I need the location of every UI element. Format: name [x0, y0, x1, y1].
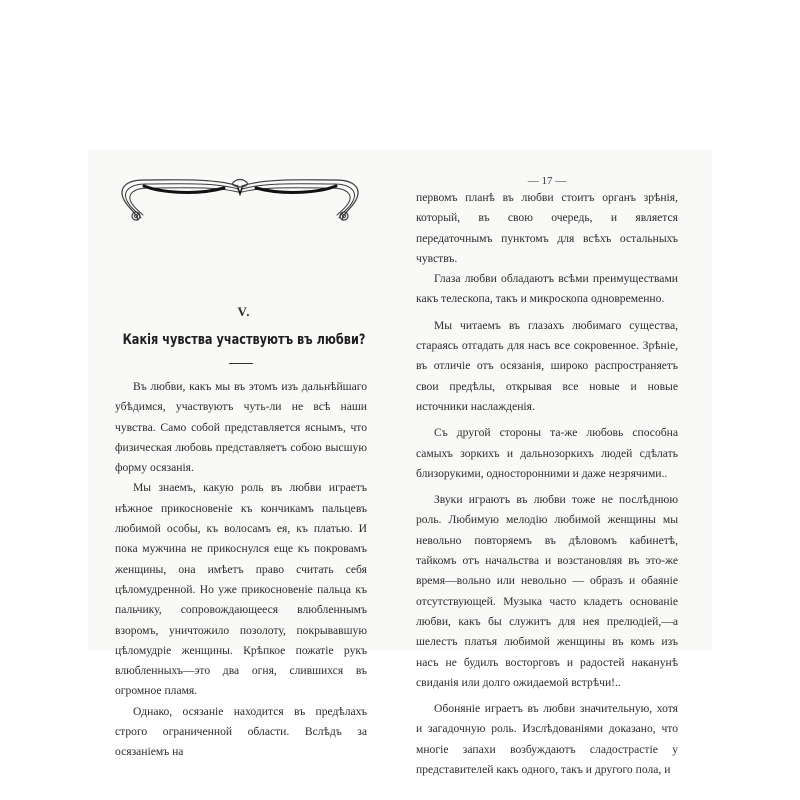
page-number: — 17 — — [416, 175, 678, 187]
paragraph: Въ любви, какъ мы въ этомъ изъ дальнѣйша… — [115, 377, 367, 478]
chapter-number: V. — [88, 304, 400, 320]
chapter-title: Какія чувства участвуютъ въ любви? — [122, 332, 365, 348]
paragraph: Съ другой стороны та-же любовь способна … — [416, 423, 678, 484]
ornamental-scroll-icon — [114, 174, 366, 224]
book-spread: V. Какія чувства участвуютъ въ любви? Въ… — [88, 150, 712, 650]
title-divider — [229, 363, 253, 364]
paragraph: Звуки играютъ въ любви тоже не послѣднюю… — [416, 490, 678, 693]
paragraph: Обоняніе играетъ въ любви значительную, … — [416, 699, 678, 780]
left-page-body: Въ любви, какъ мы въ этомъ изъ дальнѣйша… — [115, 377, 367, 763]
paragraph: Мы читаемъ въ глазахъ любимаго существа,… — [416, 316, 678, 417]
right-page-body: первомъ планѣ въ любви стоитъ органъ зрѣ… — [416, 188, 678, 780]
paragraph: Однако, осязаніе находится въ предѣлахъ … — [115, 702, 367, 763]
paragraph: первомъ планѣ въ любви стоитъ органъ зрѣ… — [416, 188, 678, 269]
paragraph: Мы знаемъ, какую роль въ любви играетъ н… — [115, 478, 367, 701]
paragraph: Глаза любви обладаютъ всѣми преимущества… — [416, 269, 678, 310]
